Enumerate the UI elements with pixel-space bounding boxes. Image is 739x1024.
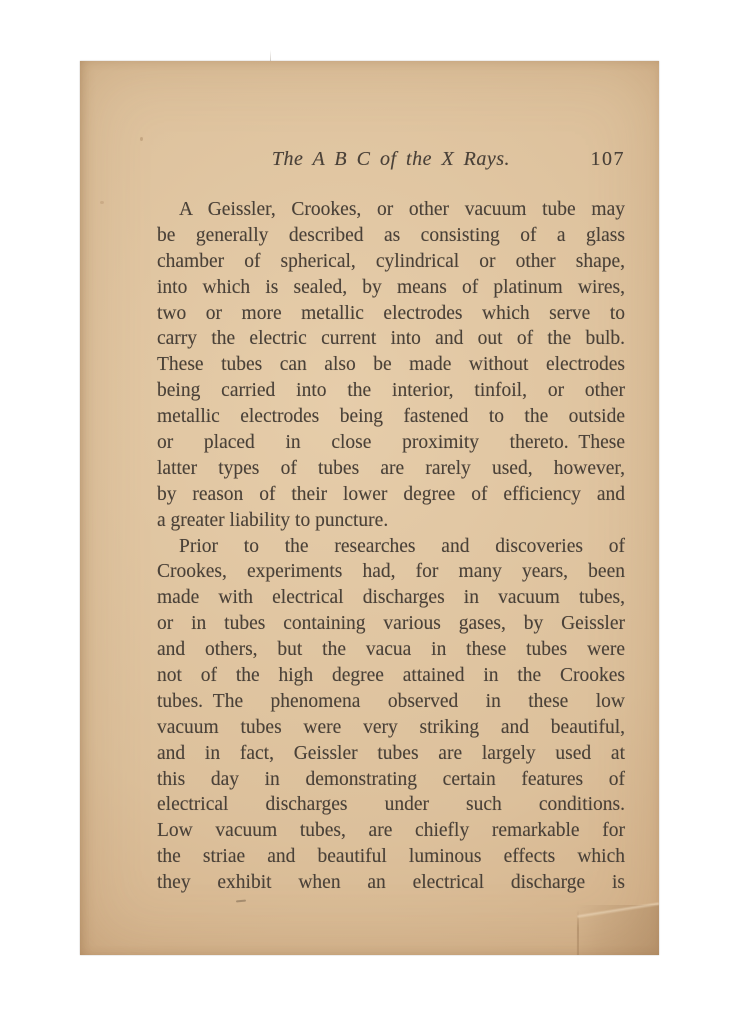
text-line: Crookes, experiments had, for many years… bbox=[157, 559, 625, 585]
text-line: vacuum tubes were very striking and beau… bbox=[157, 715, 625, 741]
text-line: or placed in close proximity thereto. Th… bbox=[157, 430, 625, 456]
scan-canvas: The A B C of the X Rays. 107 A Geissler,… bbox=[0, 0, 739, 1024]
book-page: The A B C of the X Rays. 107 A Geissler,… bbox=[80, 61, 659, 955]
text-line: two or more metallic electrodes which se… bbox=[157, 301, 625, 327]
text-line: latter types of tubes are rarely used, h… bbox=[157, 456, 625, 482]
text-line: the striae and beautiful luminous effect… bbox=[157, 844, 625, 870]
text-line: made with electrical discharges in vacuu… bbox=[157, 585, 625, 611]
text-line: a greater liability to puncture. bbox=[157, 508, 625, 534]
text-line: they exhibit when an electrical discharg… bbox=[157, 870, 625, 896]
page-number: 107 bbox=[591, 146, 626, 173]
text-line: this day in demonstrating certain featur… bbox=[157, 767, 625, 793]
text-line: Low vacuum tubes, are chiefly remarkable… bbox=[157, 818, 625, 844]
text-line: These tubes can also be made without ele… bbox=[157, 352, 625, 378]
text-line: Prior to the researches and discoveries … bbox=[157, 534, 625, 560]
page-body: A Geissler, Crookes, or other vacuum tub… bbox=[157, 197, 625, 896]
text-line: by reason of their lower degree of effic… bbox=[157, 482, 625, 508]
page-header: The A B C of the X Rays. 107 bbox=[157, 146, 625, 173]
paragraph-vacuum-tubes: A Geissler, Crookes, or other vacuum tub… bbox=[157, 197, 625, 534]
running-title: The A B C of the X Rays. bbox=[157, 146, 625, 173]
text-line: A Geissler, Crookes, or other vacuum tub… bbox=[157, 197, 625, 223]
ink-dash-artifact bbox=[236, 899, 246, 902]
text-line: carry the electric current into and out … bbox=[157, 326, 625, 352]
paragraph-prior-researches: Prior to the researches and discoveries … bbox=[157, 534, 625, 896]
text-line: chamber of spherical, cylindrical or oth… bbox=[157, 249, 625, 275]
paper-speck bbox=[140, 137, 143, 141]
text-line: being carried into the interior, tinfoil… bbox=[157, 378, 625, 404]
text-line: tubes. The phenomena observed in these l… bbox=[157, 689, 625, 715]
text-line: or in tubes containing various gases, by… bbox=[157, 611, 625, 637]
text-line: electrical discharges under such conditi… bbox=[157, 792, 625, 818]
paper-speck bbox=[100, 201, 104, 204]
text-line: into which is sealed, by means of platin… bbox=[157, 275, 625, 301]
text-line: be generally described as consisting of … bbox=[157, 223, 625, 249]
text-line: and others, but the vacua in these tubes… bbox=[157, 637, 625, 663]
text-line: metallic electrodes being fastened to th… bbox=[157, 404, 625, 430]
text-line: not of the high degree attained in the C… bbox=[157, 663, 625, 689]
text-line: and in fact, Geissler tubes are largely … bbox=[157, 741, 625, 767]
